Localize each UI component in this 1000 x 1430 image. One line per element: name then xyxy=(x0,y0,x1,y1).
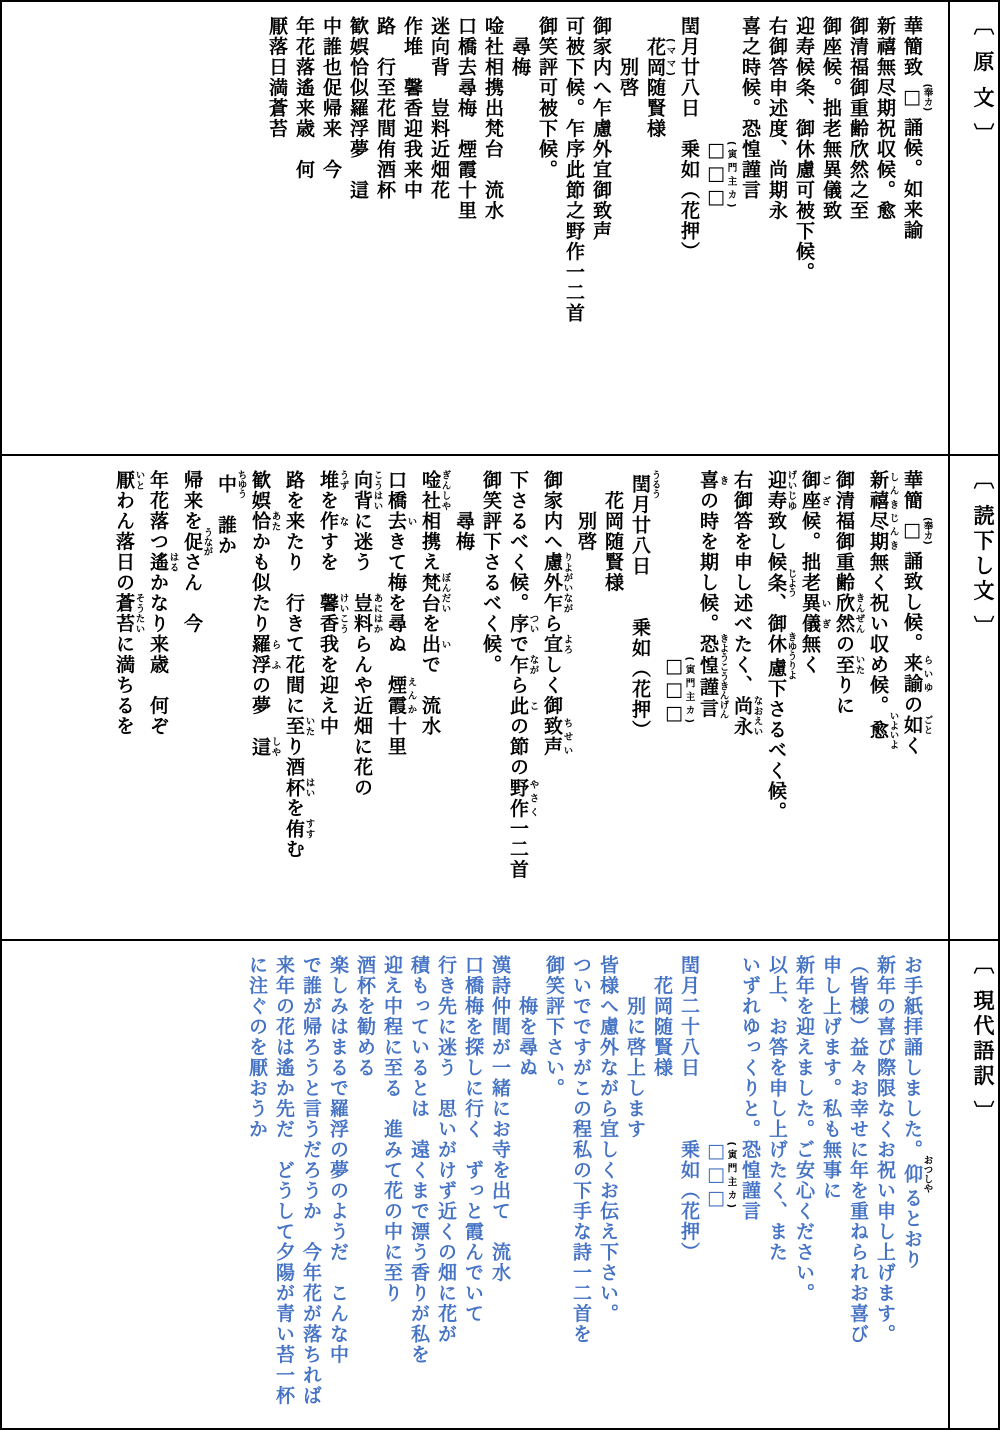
annotated-text: 来諭らいゆ xyxy=(901,653,923,694)
annotated-text: 花岡(ママ) xyxy=(644,37,666,78)
text-column: 厭いとわん落日の蒼苔そうたいに満ちるを xyxy=(110,470,144,931)
panel-original-text: 華簡致 □(奉カ) 誦候。如来諭新禧無尽期祝収候。愈御清福御重齢欣然之至御座候。… xyxy=(2,2,998,456)
text-column: 新年を迎えました。ご安心ください。 xyxy=(790,955,817,1420)
modern-translation-body: お手紙拝誦しました。仰おつしやるとおり新年の喜び際限なくお祝い申し上げます。（皆… xyxy=(2,941,948,1428)
text-column: 年花落つ遙はるかなり来歳 何ぞ xyxy=(144,470,178,931)
annotated-text: 蒼苔そうたい xyxy=(113,593,135,634)
text-column: 新年の喜び際限なくお祝い申し上げます。 xyxy=(871,955,898,1420)
text-column: 尋梅 xyxy=(506,16,533,446)
text-column: □□□(寅門主カ) xyxy=(702,16,736,446)
text-column: 以上、お答を申し上げたく、また xyxy=(763,955,790,1420)
text-column: 楽しみはまるで羅浮の夢のようだ こんな中 xyxy=(324,955,351,1420)
panel-modern-translation: お手紙拝誦しました。仰おつしやるとおり新年の喜び際限なくお祝い申し上げます。（皆… xyxy=(2,941,998,1428)
panel-title-reading: 〔 読下し文 〕 xyxy=(971,468,995,641)
annotated-text: 馨香けいこう xyxy=(317,593,339,634)
text-column: （皆様）益々お幸せに年を重ねられお喜び xyxy=(844,955,871,1420)
annotated-text: 致声ちせい xyxy=(541,716,563,757)
text-column: 歓娯恰似羅浮夢 這 xyxy=(344,16,371,446)
annotated-text: 新禧尽期しんきじんき xyxy=(867,470,889,552)
text-column: お手紙拝誦しました。仰おつしやるとおり xyxy=(898,955,932,1420)
panel-header-translation: 〔 現代語訳 〕 xyxy=(948,941,998,1428)
text-column: 尋梅 xyxy=(450,470,477,931)
annotated-text: 慮外乍りよがいなが xyxy=(541,552,563,614)
annotated-text: 作な xyxy=(317,511,339,532)
annotated-text: 御座ござ xyxy=(799,470,821,511)
text-column: 別啓 xyxy=(572,470,599,931)
text-column: 作堆 馨香迎我来中 xyxy=(398,16,425,446)
annotated-text: 豈料あにはか xyxy=(351,593,373,634)
annotated-text: □□□(寅門主カ) xyxy=(705,1140,727,1211)
annotated-text: 此こ xyxy=(507,696,529,717)
text-column: 口橋梅を探しに行く ずっと霞んでいて xyxy=(459,955,486,1420)
text-column: 歓娯恰あたかも似たり羅浮らふの夢 這しや xyxy=(246,470,280,931)
text-column: 喜之時候。恐惶謹言 xyxy=(736,16,763,446)
text-column: 迷向背 豈料近畑花 xyxy=(425,16,452,446)
text-column: 御笑評下さい。 xyxy=(540,955,567,1420)
annotated-text: 仰おつしや xyxy=(901,1160,923,1188)
text-column: 迎え中程に至る 進みて花の中に至り xyxy=(378,955,405,1420)
text-column: 来年の花は遙か先だ どうして夕陽が青い苔一杯 xyxy=(270,955,297,1420)
text-column: で誰が帰ろうと言うだろうか 今年花が落ちれば xyxy=(297,955,324,1420)
text-column: 皆様へ慮外ながら宜しくお伝え下さい。 xyxy=(594,955,621,1420)
text-column: 御座候。拙老無異儀致 xyxy=(817,16,844,446)
annotated-text: 向背こうはい xyxy=(351,470,373,511)
text-column: 右御答を申し述べたく、尚永なおえい xyxy=(728,470,762,931)
annotated-text: □□□(寅門主カ) xyxy=(705,139,727,210)
annotated-text: 至いた xyxy=(283,716,305,737)
annotated-text: 恰あた xyxy=(249,511,271,532)
panel-header-original: 〔 原 文 〕 xyxy=(948,2,998,454)
text-column: 厭落日満蒼苔 xyxy=(263,16,290,446)
text-column: 花岡随賢様 xyxy=(648,955,675,1420)
panel-title-translation: 〔 現代語訳 〕 xyxy=(971,953,995,1126)
text-column: 閏月二十八日 乗如（花押） xyxy=(675,955,702,1420)
panel-reading-text: 華簡 □(奉カ) 誦致し候。来諭らいゆの如ごとく新禧尽期しんきじんき無く祝い収め… xyxy=(2,456,998,941)
annotated-text: 乍なが xyxy=(507,655,529,676)
text-column: いずれゆっくりと。恐惶謹言 xyxy=(736,955,763,1420)
text-column: に注ぐのを厭おうか xyxy=(243,955,270,1420)
text-column: 唫社相携出梵台 流水 xyxy=(479,16,506,446)
annotated-text: 唫社ぎんしや xyxy=(419,470,441,511)
text-column: 花岡随賢様 xyxy=(599,470,626,931)
text-column: 別啓 xyxy=(614,16,641,446)
text-column: 梅を尋ぬ xyxy=(513,955,540,1420)
annotated-text: 休慮きゆうりよ xyxy=(765,634,787,678)
text-column: 路を来たり 行きて花間に至いたり酒杯はいを侑すすむ xyxy=(280,470,314,931)
text-column: 堆うずを作なすを 馨香けいこう我を迎え中 xyxy=(314,470,348,931)
text-column: 花岡(ママ)随賢様 xyxy=(641,16,675,446)
original-text-body: 華簡致 □(奉カ) 誦候。如来諭新禧無尽期祝収候。愈御清福御重齢欣然之至御座候。… xyxy=(2,2,948,454)
text-column: 唫社ぎんしや相携え梵台ぼんだいを出いで 流水 xyxy=(416,470,450,931)
text-column: 別に啓上します xyxy=(621,955,648,1420)
annotated-text: 侑すす xyxy=(283,819,305,840)
annotated-text: 宜よろ xyxy=(541,634,563,655)
text-column: 中誰也促帰来 今 xyxy=(317,16,344,446)
text-column: 御家内へ乍慮外宜御致声 xyxy=(587,16,614,446)
text-column: 路 行至花間侑酒杯 xyxy=(371,16,398,446)
text-column: 御清福御重齢欣然之至 xyxy=(844,16,871,446)
annotated-text: 厭いと xyxy=(113,470,135,491)
text-column: 口橋去いきて梅を尋ぬ 煙霞えんか十里 xyxy=(382,470,416,931)
text-column: 御座ござ候。拙老異儀いぎ無く xyxy=(796,470,830,931)
annotated-text: 欣然きんぜん xyxy=(833,593,855,634)
annotated-text: 堆うず xyxy=(317,470,339,491)
annotated-text: 迎寿げいじゆ xyxy=(765,470,787,511)
text-column: 喜きの時を期し候。恐惶謹言きようこうきんげん xyxy=(694,470,728,931)
text-column: 中ちゆう 誰か xyxy=(212,470,246,931)
reading-text-body: 華簡 □(奉カ) 誦致し候。来諭らいゆの如ごとく新禧尽期しんきじんき無く祝い収め… xyxy=(2,456,948,939)
text-column: 迎寿候条、御休慮可被下候。 xyxy=(790,16,817,446)
annotated-text: 野作やさく xyxy=(507,778,529,819)
annotated-text: 杯はい xyxy=(283,778,305,799)
annotated-text: 序つい xyxy=(507,614,529,635)
annotated-text: □□□(寅門主カ) xyxy=(663,655,685,726)
annotated-text: 遙はる xyxy=(147,552,169,573)
annotated-text: 促うなが xyxy=(181,532,203,553)
text-column: 迎寿げいじゆ致し候条じよう、御休慮きゆうりよ下さるべく候。 xyxy=(762,470,796,931)
annotated-text: 煙霞えんか xyxy=(385,675,407,716)
text-column: 酒杯を勧める xyxy=(351,955,378,1420)
panel-header-reading: 〔 読下し文 〕 xyxy=(948,456,998,939)
annotated-text: □(奉カ) xyxy=(901,519,923,543)
text-column: 閏月廿八日 乗如（花押） xyxy=(675,16,702,446)
text-column: 華簡 □(奉カ) 誦致し候。来諭らいゆの如ごとく xyxy=(898,470,932,931)
text-column: 下さるべく候。序ついで乍ながら此この節の野作やさく一二首 xyxy=(504,470,538,931)
text-column: 御家内へ慮外乍りよがいながら宜よろしく御致声ちせい xyxy=(538,470,572,931)
text-column: 華簡致 □(奉カ) 誦候。如来諭 xyxy=(898,16,932,446)
text-column: 新禧尽期しんきじんき無く祝い収め候。愈いよいよ xyxy=(864,470,898,931)
annotated-text: 喜き xyxy=(697,470,719,491)
annotated-text: 羅浮らふ xyxy=(249,634,271,675)
text-column: 右御答申述度、尚期永 xyxy=(763,16,790,446)
text-column: 積もっているとは 遠くまで漂う香りが私を xyxy=(405,955,432,1420)
panel-title-original: 〔 原 文 〕 xyxy=(971,14,995,148)
annotated-text: 梵台ぼんだい xyxy=(419,573,441,614)
text-column: 向背こうはいに迷う 豈料あにはからんや近畑に花の xyxy=(348,470,382,931)
text-column: 新禧無尽期祝収候。愈 xyxy=(871,16,898,446)
text-column: 帰来を促うながさん 今 xyxy=(178,470,212,931)
annotated-text: 至いた xyxy=(833,655,855,676)
text-column: 年花落遙来歳 何 xyxy=(290,16,317,446)
text-column: 御笑評可被下候。 xyxy=(533,16,560,446)
annotated-text: 尚永なおえい xyxy=(731,696,753,737)
annotated-text: 条じよう xyxy=(765,573,787,594)
text-column: □□□(寅門主カ) xyxy=(702,955,736,1420)
annotated-text: 出い xyxy=(419,634,441,655)
text-column: ついでですがこの程私の下手な詩一二首を xyxy=(567,955,594,1420)
text-column: 御清福御重齢欣然きんぜんの至いたりに xyxy=(830,470,864,931)
annotated-text: 異儀いぎ xyxy=(799,593,821,634)
text-column: 行き先に迷う 思いがけず近くの畑に花が xyxy=(432,955,459,1420)
text-column: 御笑評下さるべく候。 xyxy=(477,470,504,931)
text-column: 閏うるう月廿八日 乗如（花押） xyxy=(626,470,660,931)
text-column: 口橋去尋梅 煙霞十里 xyxy=(452,16,479,446)
text-column: 可被下候。乍序此節之野作一二首 xyxy=(560,16,587,446)
annotated-text: □(奉カ) xyxy=(901,86,923,110)
annotated-text: 愈いよいよ xyxy=(867,716,889,749)
text-column: □□□(寅門主カ) xyxy=(660,470,694,931)
annotated-text: 這しや xyxy=(249,737,271,758)
document-page: 華簡致 □(奉カ) 誦候。如来諭新禧無尽期祝収候。愈御清福御重齢欣然之至御座候。… xyxy=(0,0,1000,1430)
annotated-text: 閏うるう xyxy=(629,470,651,495)
text-column: 申し上げます。私も無事に xyxy=(817,955,844,1420)
annotated-text: 恐惶謹言きようこうきんげん xyxy=(697,634,719,719)
text-column: 漢詩仲間が一緒にお寺を出て 流水 xyxy=(486,955,513,1420)
annotated-text: 如ごと xyxy=(901,715,923,736)
annotated-text: 去い xyxy=(385,511,407,532)
annotated-text: 中ちゆう xyxy=(215,470,237,495)
